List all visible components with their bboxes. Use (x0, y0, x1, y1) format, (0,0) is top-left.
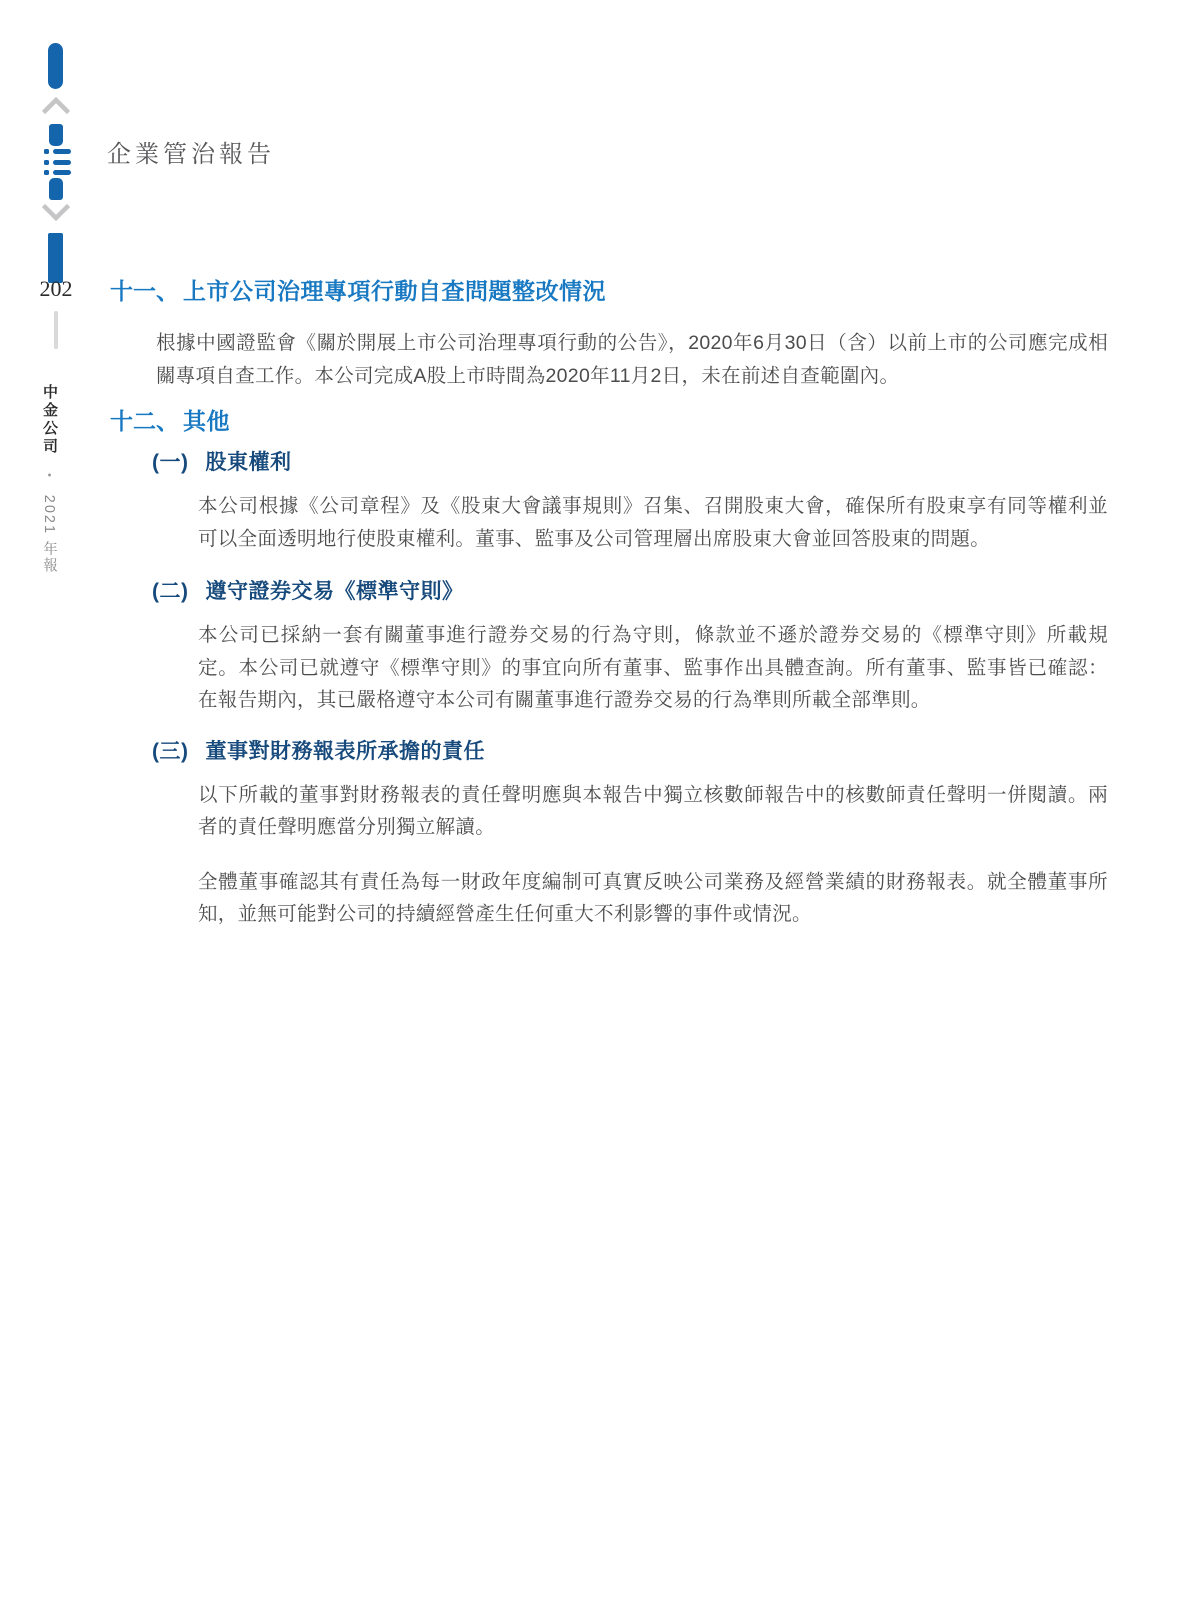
section-number: 十一、 (110, 278, 179, 304)
section-heading: 十一、上市公司治理專項行動自查問題整改情況 (110, 276, 1108, 306)
subsection-label: (一) (152, 450, 189, 476)
chevron-down-icon (41, 203, 71, 227)
page-number: 202 (26, 276, 86, 302)
body-paragraph: 根據中國證監會《關於開展上市公司治理專項行動的公告》，2020年6月30日（含）… (156, 327, 1108, 392)
page-title: 企業管治報告 (107, 140, 275, 170)
chevron-up-icon (41, 96, 71, 120)
list-icon (44, 149, 72, 175)
subsection-label: (三) (152, 739, 189, 765)
body-paragraph: 以下所載的董事對財務報表的責任聲明應與本報告中獨立核數師報告中的核數師責任聲明一… (198, 779, 1108, 844)
spine-brand: 中金公司 (41, 384, 58, 456)
rail-bar-bottom-icon (49, 178, 63, 200)
spine-text: 中金公司 • 2021 年報 (41, 384, 57, 574)
body-paragraph: 全體董事確認其有責任為每一財政年度編制可真實反映公司業務及經營業績的財務報表。就… (198, 866, 1108, 931)
section-heading: 十二、其他 (110, 406, 1108, 436)
section-title: 上市公司治理專項行動自查問題整改情況 (183, 278, 606, 304)
subsection-label: (二) (152, 579, 189, 605)
subsection: (三) 董事對財務報表所承擔的責任 以下所載的董事對財務報表的責任聲明應與本報告… (152, 739, 1108, 931)
rail-bar-top-icon (49, 124, 63, 146)
spine-separator-dot: • (43, 473, 55, 477)
main-content: 十一、上市公司治理專項行動自查問題整改情況 根據中國證監會《關於開展上市公司治理… (110, 276, 1108, 931)
section-number: 十二、 (110, 408, 179, 434)
section-title: 其他 (183, 408, 230, 434)
spine-edition: 2021 年報 (41, 495, 57, 574)
body-paragraph: 本公司根據《公司章程》及《股東大會議事規則》召集、召開股東大會，確保所有股東享有… (198, 490, 1108, 555)
brand-pill-icon (48, 43, 63, 89)
subsection-heading: (二) 遵守證券交易《標準守則》 (152, 579, 1108, 605)
subsection-title: 遵守證券交易《標準守則》 (206, 579, 464, 605)
subsection: (一) 股東權利 本公司根據《公司章程》及《股東大會議事規則》召集、召開股東大會… (152, 450, 1108, 555)
report-page: { "page": { "header_title": "企業管治報告", "p… (0, 0, 1190, 1615)
subsection: (二) 遵守證券交易《標準守則》 本公司已採納一套有關董事進行證券交易的行為守則… (152, 579, 1108, 717)
subsection-title: 股東權利 (206, 450, 292, 476)
subsection-title: 董事對財務報表所承擔的責任 (206, 739, 486, 765)
subsection-heading: (一) 股東權利 (152, 450, 1108, 476)
page-number-tick (54, 311, 58, 349)
body-paragraph: 本公司已採納一套有關董事進行證券交易的行為守則，條款並不遜於證券交易的《標準守則… (198, 619, 1108, 717)
subsection-heading: (三) 董事對財務報表所承擔的責任 (152, 739, 1108, 765)
